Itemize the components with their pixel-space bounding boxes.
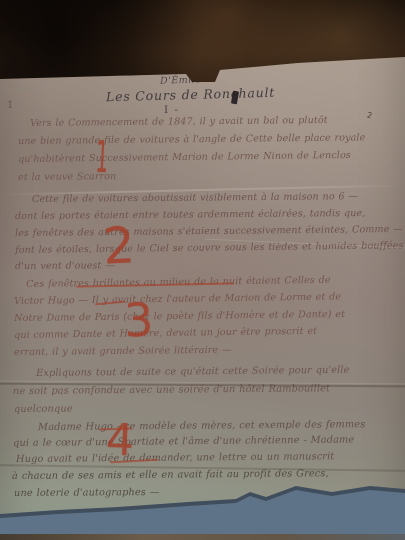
section-numeral: I - [164, 104, 180, 116]
manuscript-photo: 1 2 D'Émile Les Cours de Ronchault I - V… [0, 0, 405, 540]
manuscript-line: à chacun de ses amis et elle en avait fa… [12, 469, 329, 482]
manuscript-line: une bien grande file de voitures à l'ang… [18, 133, 365, 146]
page-number: 1 [7, 100, 13, 111]
table-edge-strip [0, 534, 405, 540]
red-numeral-mark-2: 2 [102, 220, 136, 272]
manuscript-line: Vers le Commencement de 1847, il y avait… [30, 116, 328, 129]
manuscript-line: Notre Dame de Paris (chez le poète fils … [14, 310, 345, 324]
manuscript-line: les fenêtres des autres maisons s'étaien… [15, 225, 403, 239]
manuscript-line: Cette file de voitures aboutissait visib… [32, 192, 358, 204]
manuscript-line: dont les portes étaient entre toutes ard… [15, 209, 365, 222]
manuscript-line: errant, il y avait grande Soirée littéra… [14, 346, 232, 358]
manuscript-line: Hugo avait eu l'idée de demander, une le… [16, 452, 334, 465]
red-numeral-mark-3: 3 [123, 297, 154, 344]
ink-blot-mark [231, 91, 239, 105]
red-numeral-mark-1: 1 [95, 136, 110, 181]
corner-pencil-mark: 2 [366, 111, 373, 121]
manuscript-line: font les étoiles, lorsque le Ciel se cou… [15, 241, 404, 255]
manuscript-line: quelconque [14, 405, 73, 415]
pencil-scribble [3, 85, 43, 95]
manuscript-line: ne soit pas confondue avec une soirée d'… [13, 384, 330, 397]
manuscript-title: Les Cours de Ronchault [106, 85, 275, 104]
manuscript-line: qui comme Dante et Homère, devait un jou… [14, 327, 317, 341]
manuscript-line: d'un vent d'ouest — [15, 261, 115, 271]
manuscript-line: Expliquons tout de suite ce qu'était cet… [36, 366, 350, 379]
manuscript-line: qui a le cœur d'une Spartiate et l'âme d… [13, 435, 354, 448]
manuscript-line: Madame Hugo - ce modèle des mères, cet e… [38, 420, 365, 433]
manuscript-line: qu'habitèrent Successivement Marion de L… [18, 151, 351, 165]
red-numeral-mark-4: 4 [105, 419, 135, 464]
manuscript-line: Victor Hugo — Il y avait chez l'auteur d… [14, 292, 341, 306]
manuscript-line: une loterie d'autographes — [14, 488, 160, 499]
